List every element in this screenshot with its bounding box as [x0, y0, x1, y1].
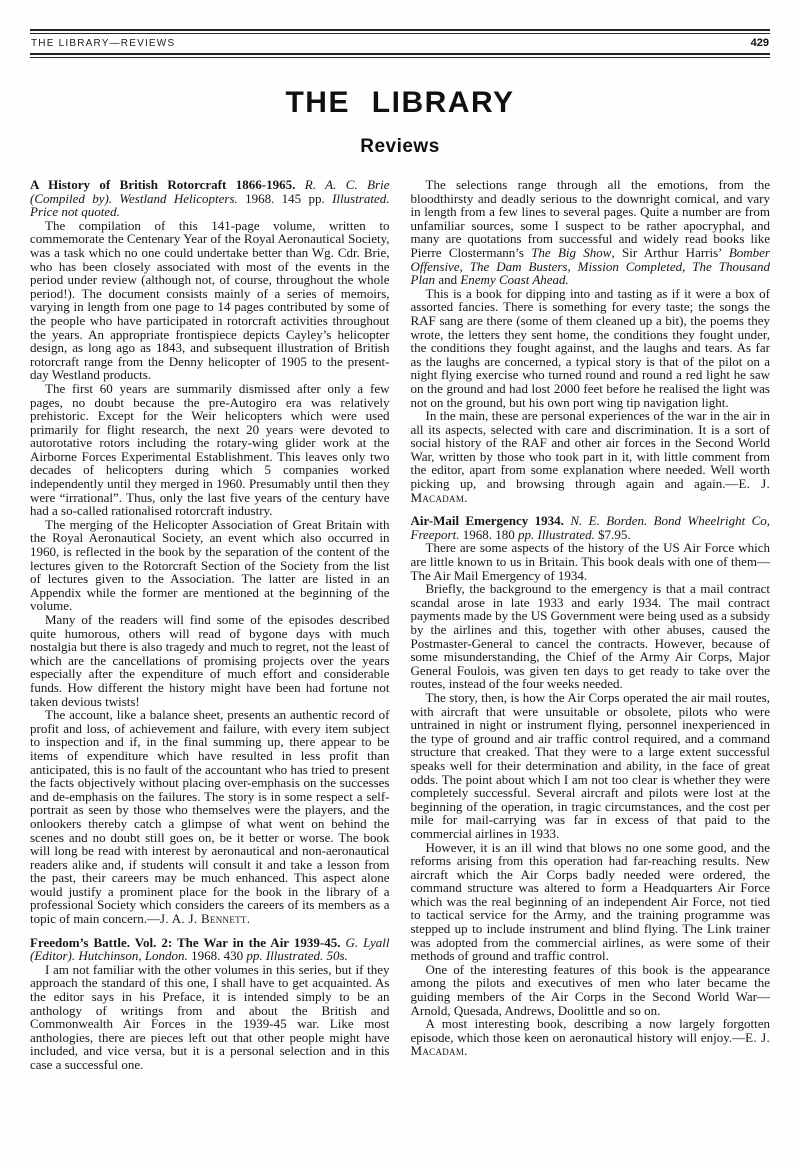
text-segment: The story, then, is how the Air Corps op… [411, 690, 771, 841]
running-header: THE LIBRARY—REVIEWS 429 [30, 34, 770, 53]
journal-page: THE LIBRARY—REVIEWS 429 THE LIBRARY Revi… [0, 0, 800, 1166]
text-segment: The merging of the Helicopter Associatio… [30, 517, 390, 614]
text-segment: One of the interesting features of this … [411, 962, 771, 1018]
header-rule-bottom [30, 53, 770, 58]
text-segment: The compilation of this 141-page volume,… [30, 218, 390, 383]
review-paragraph: The account, like a balance sheet, prese… [30, 708, 390, 926]
review-heading: Air-Mail Emergency 1934. N. E. Borden. B… [411, 514, 771, 541]
column-right: The selections range through all the emo… [411, 178, 771, 1072]
text-segment: There are some aspects of the history of… [411, 540, 771, 582]
text-segment: Briefly, the background to the emergency… [411, 581, 771, 691]
review-paragraph: The first 60 years are summarily dismiss… [30, 382, 390, 518]
text-columns: A History of British Rotorcraft 1866-196… [30, 178, 770, 1072]
review-paragraph: However, it is an ill wind that blows no… [411, 841, 771, 963]
review-paragraph: One of the interesting features of this … [411, 963, 771, 1017]
text-segment: J. A. J. Bennett. [160, 911, 250, 926]
review-paragraph: Many of the readers will find some of th… [30, 613, 390, 708]
review-heading: A History of British Rotorcraft 1866-196… [30, 178, 390, 219]
review-paragraph: In the main, these are personal experien… [411, 409, 771, 504]
page-subtitle: Reviews [30, 136, 770, 158]
text-segment: The account, like a balance sheet, prese… [30, 707, 390, 926]
review-paragraph: A most interesting book, describing a no… [411, 1017, 771, 1058]
text-segment: A most interesting book, describing a no… [411, 1016, 771, 1045]
page-number: 429 [751, 37, 769, 49]
review-paragraph: The selections range through all the emo… [411, 178, 771, 287]
text-segment: I am not familiar with the other volumes… [30, 962, 390, 1072]
text-segment: However, it is an ill wind that blows no… [411, 840, 771, 964]
text-segment: In the main, these are personal experien… [411, 408, 771, 491]
review-paragraph: The compilation of this 141-page volume,… [30, 219, 390, 382]
review-paragraph: This is a book for dipping into and tast… [411, 287, 771, 409]
text-segment: 1968. 145 pp. [245, 191, 332, 206]
page-title: THE LIBRARY [30, 86, 770, 120]
text-segment: This is a book for dipping into and tast… [411, 286, 771, 410]
review-heading: Freedom’s Battle. Vol. 2: The War in the… [30, 936, 390, 963]
review-paragraph: The story, then, is how the Air Corps op… [411, 691, 771, 841]
running-title: THE LIBRARY—REVIEWS [31, 38, 175, 49]
review-paragraph: There are some aspects of the history of… [411, 541, 771, 582]
text-segment: Many of the readers will find some of th… [30, 612, 390, 709]
review-paragraph: I am not familiar with the other volumes… [30, 963, 390, 1072]
text-segment: The first 60 years are summarily dismiss… [30, 381, 390, 518]
review-paragraph: The merging of the Helicopter Associatio… [30, 518, 390, 613]
column-left: A History of British Rotorcraft 1866-196… [30, 178, 390, 1072]
review-paragraph: Briefly, the background to the emergency… [411, 582, 771, 691]
